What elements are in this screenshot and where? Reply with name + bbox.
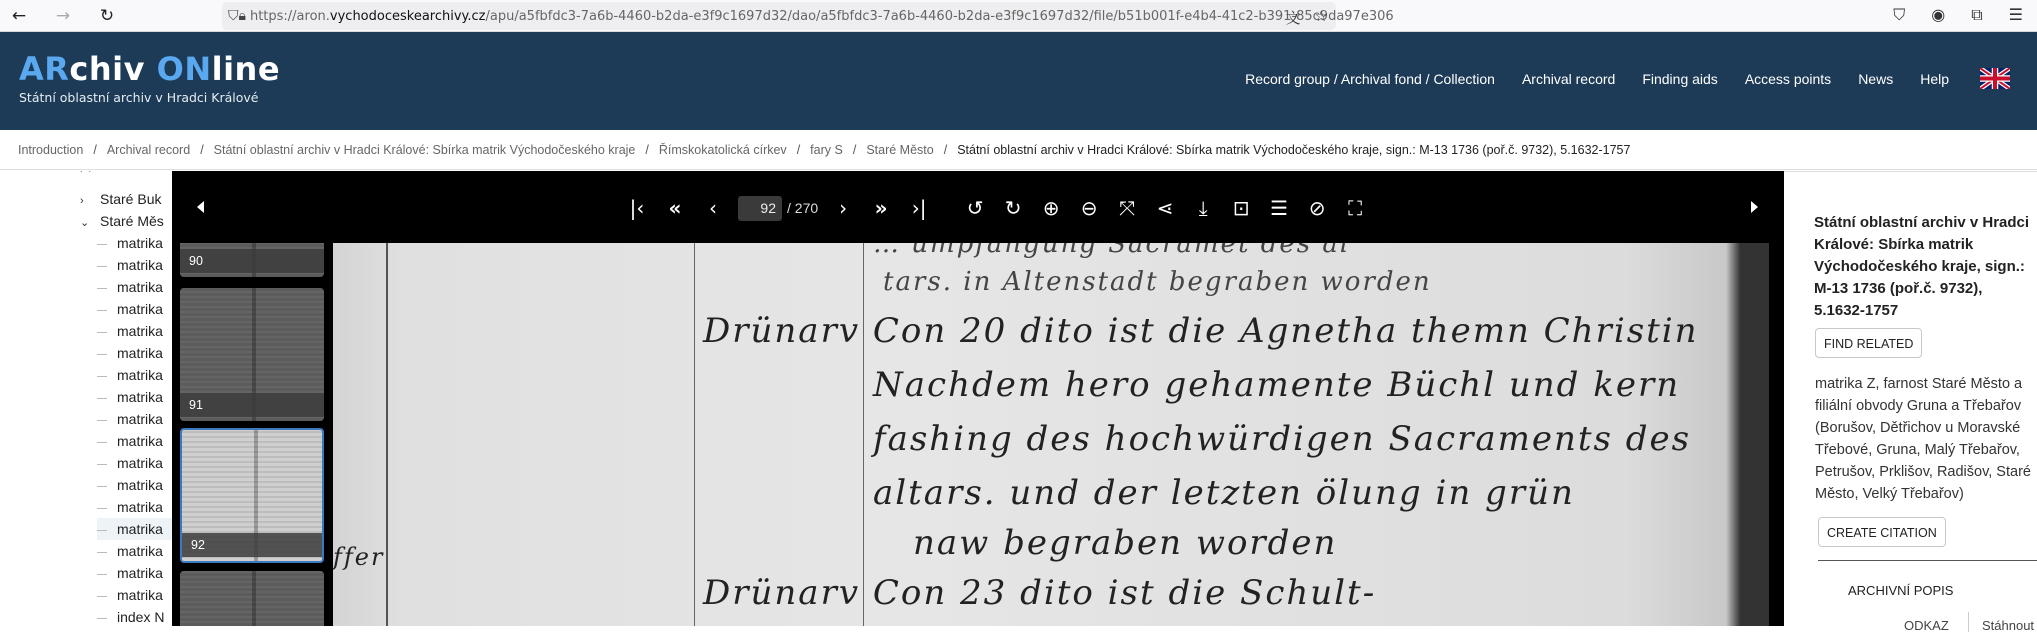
breadcrumb: Introduction/ Archival record/ Státní ob… — [0, 130, 2037, 170]
image-viewer: |‹ « ‹ 92 / 270 › » ›| ↺ ↻ ⊕ ⊖ ⤧ ⋖ ⤓ ⊡ ☰ — [172, 171, 1784, 626]
breadcrumb-church[interactable]: Římskokatolická církev — [659, 143, 787, 157]
tree-leaf[interactable]: matrika — [97, 540, 163, 562]
create-citation-button[interactable]: CREATE CITATION — [1818, 517, 1946, 547]
breadcrumb-fary-s[interactable]: fary S — [810, 143, 843, 157]
tree-leaf[interactable]: index N — [97, 606, 164, 626]
fullscreen-icon[interactable]: ⛶ — [1336, 194, 1374, 222]
chevron-down-icon[interactable]: ⌄ — [80, 212, 92, 234]
bookmark-star-icon[interactable]: ☆ — [1315, 7, 1328, 28]
menu-icon[interactable]: ☰ — [2009, 5, 2023, 25]
logo-subtitle: Státní oblastní archiv v Hradci Králové — [19, 90, 280, 105]
breadcrumb-stare-mesto[interactable]: Staré Město — [866, 143, 933, 157]
site-logo[interactable]: ARchiv ONline Státní oblastní archiv v H… — [19, 50, 280, 105]
tree-leaf[interactable]: matrika — [97, 254, 163, 276]
page-selector: 92 / 270 — [738, 196, 818, 221]
rotate-right-icon[interactable]: ↻ — [994, 194, 1032, 222]
thumbnail-strip[interactable]: 90 91 92 — [178, 243, 324, 626]
tree-node-stare-buk[interactable]: ›Staré Buk — [80, 188, 161, 210]
thumbnail-91[interactable]: 91 — [180, 288, 324, 421]
shield-icon[interactable]: ⛉ — [228, 8, 239, 24]
account-icon[interactable]: ◉ — [1931, 5, 1945, 25]
zoom-in-icon[interactable]: ⊕ — [1032, 194, 1070, 222]
fast-back-icon[interactable]: « — [656, 194, 694, 222]
record-description: matrika Z, farnost Staré Město a filiáln… — [1815, 373, 2037, 505]
tree-leaf[interactable]: matrika — [97, 562, 163, 584]
viewer-toolbar: |‹ « ‹ 92 / 270 › » ›| ↺ ↻ ⊕ ⊖ ⤧ ⋖ ⤓ ⊡ ☰ — [172, 171, 1784, 243]
chevron-right-icon[interactable]: › — [80, 190, 92, 212]
tree-leaf[interactable]: matrika — [97, 408, 163, 430]
page-total: / 270 — [787, 200, 818, 216]
share-icon[interactable]: ⋖ — [1146, 194, 1184, 222]
tree-leaf[interactable]: matrika — [97, 496, 163, 518]
breadcrumb-introduction[interactable]: Introduction — [18, 143, 83, 157]
download-link[interactable]: Stáhnout — [1982, 618, 2034, 626]
tree-leaf[interactable]: matrika — [97, 342, 163, 364]
translate-icon[interactable]: 文 — [1286, 7, 1301, 28]
tree-leaf[interactable]: matrika — [97, 320, 163, 342]
address-bar[interactable]: ⛉ 🔒︎ https://aron.vychodoceskearchivy.cz… — [222, 2, 1336, 30]
find-related-button[interactable]: FIND RELATED — [1815, 328, 1922, 358]
collapse-right-panel-icon[interactable] — [1751, 201, 1758, 213]
tree-leaf[interactable]: matrika — [97, 386, 163, 408]
tree-leaf[interactable]: matrika — [97, 474, 163, 496]
archive-tree: · · ›Staré Buk ⌄Staré Měs matrika matrik… — [0, 171, 172, 626]
thumbnail-93[interactable] — [180, 571, 324, 626]
lock-icon[interactable]: 🔒︎ — [239, 8, 246, 24]
previous-page-icon[interactable]: ‹ — [694, 194, 732, 222]
extensions-icon[interactable]: ⧉ — [1971, 5, 1982, 25]
page-number-input[interactable]: 92 — [738, 196, 782, 221]
tree-node-stare-mesto[interactable]: ⌄Staré Měs — [80, 210, 164, 232]
breadcrumb-fond[interactable]: Státní oblastní archiv v Hradci Králové:… — [214, 143, 636, 157]
browser-toolbar: ← → ↻ ⛉ 🔒︎ https://aron.vychodoceskearch… — [0, 0, 2037, 32]
collapse-left-panel-icon[interactable] — [197, 201, 204, 213]
thumbnail-92[interactable]: 92 — [180, 428, 324, 563]
download-icon[interactable]: ⤓ — [1184, 194, 1222, 222]
rotate-left-icon[interactable]: ↺ — [956, 194, 994, 222]
tree-leaf[interactable]: matrika — [97, 232, 163, 254]
adjustments-icon[interactable]: ☰ — [1260, 194, 1298, 222]
forward-icon[interactable]: → — [48, 6, 78, 26]
first-page-icon[interactable]: |‹ — [618, 194, 656, 222]
tab-archivni-popis[interactable]: ARCHIVNÍ POPIS — [1848, 583, 1953, 598]
breadcrumb-current: Státní oblastní archiv v Hradci Králové:… — [957, 143, 1630, 157]
next-page-icon[interactable]: › — [824, 194, 862, 222]
record-detail-panel: Státní oblastní archiv v Hradci Králové:… — [1784, 171, 2037, 626]
nav-record-group[interactable]: Record group / Archival fond / Collectio… — [1245, 71, 1495, 87]
compass-icon[interactable]: ⊘ — [1298, 194, 1336, 222]
top-navigation: Record group / Archival fond / Collectio… — [1245, 68, 2037, 89]
nav-help[interactable]: Help — [1920, 71, 1949, 87]
thumbnail-90[interactable]: 90 — [180, 243, 324, 277]
tab-odkaz[interactable]: ODKAZ — [1904, 618, 1949, 626]
document-page-image[interactable]: … umpfangung Sacramet des al tars. in Al… — [333, 243, 1769, 626]
zoom-out-icon[interactable]: ⊖ — [1070, 194, 1108, 222]
url-text[interactable]: https://aron.vychodoceskearchivy.cz/apu/… — [250, 9, 1394, 24]
nav-archival-record[interactable]: Archival record — [1522, 71, 1615, 87]
logo-title[interactable]: ARchiv ONline — [19, 50, 280, 88]
back-icon[interactable]: ← — [4, 6, 34, 26]
pocket-icon[interactable]: ⛉ — [1893, 5, 1905, 25]
breadcrumb-archival-record[interactable]: Archival record — [107, 143, 190, 157]
tree-leaf[interactable]: matrika — [97, 298, 163, 320]
unlock-icon[interactable]: ⊡ — [1222, 194, 1260, 222]
site-header: ARchiv ONline Státní oblastní archiv v H… — [0, 32, 2037, 130]
reload-icon[interactable]: ↻ — [92, 6, 122, 26]
nav-access-points[interactable]: Access points — [1745, 71, 1831, 87]
uk-flag-icon[interactable] — [1980, 68, 2010, 89]
tree-leaf[interactable]: matrika — [97, 584, 163, 606]
tree-leaf[interactable]: matrika — [97, 430, 163, 452]
tree-leaf-selected[interactable]: matrika — [97, 518, 172, 540]
last-page-icon[interactable]: ›| — [900, 194, 938, 222]
divider — [1818, 560, 2037, 561]
fast-forward-icon[interactable]: » — [862, 194, 900, 222]
tree-leaf[interactable]: matrika — [97, 364, 163, 386]
nav-finding-aids[interactable]: Finding aids — [1642, 71, 1718, 87]
record-title: Státní oblastní archiv v Hradci Králové:… — [1814, 212, 2034, 322]
fit-screen-icon[interactable]: ⤧ — [1108, 194, 1146, 222]
tree-leaf[interactable]: matrika — [97, 452, 163, 474]
tree-leaf[interactable]: matrika — [97, 276, 163, 298]
nav-news[interactable]: News — [1858, 71, 1893, 87]
